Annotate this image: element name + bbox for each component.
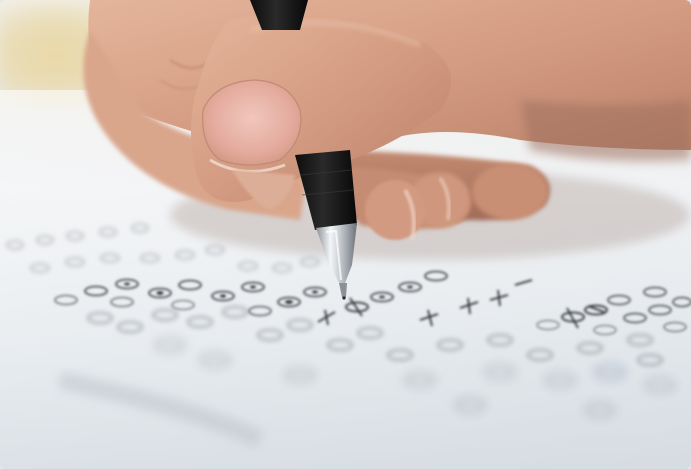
answer-bubbles-row1 xyxy=(55,272,447,316)
answer-bubbles-very-blurred xyxy=(156,339,674,416)
answer-bubbles-right xyxy=(537,288,691,335)
thumbnail xyxy=(203,80,301,165)
answer-sheet-photo xyxy=(0,0,691,469)
photo-illustration xyxy=(0,0,691,469)
crossed-answers xyxy=(318,280,607,328)
answer-bubbles-front xyxy=(88,307,662,365)
answer-bubble-marks xyxy=(124,283,413,305)
